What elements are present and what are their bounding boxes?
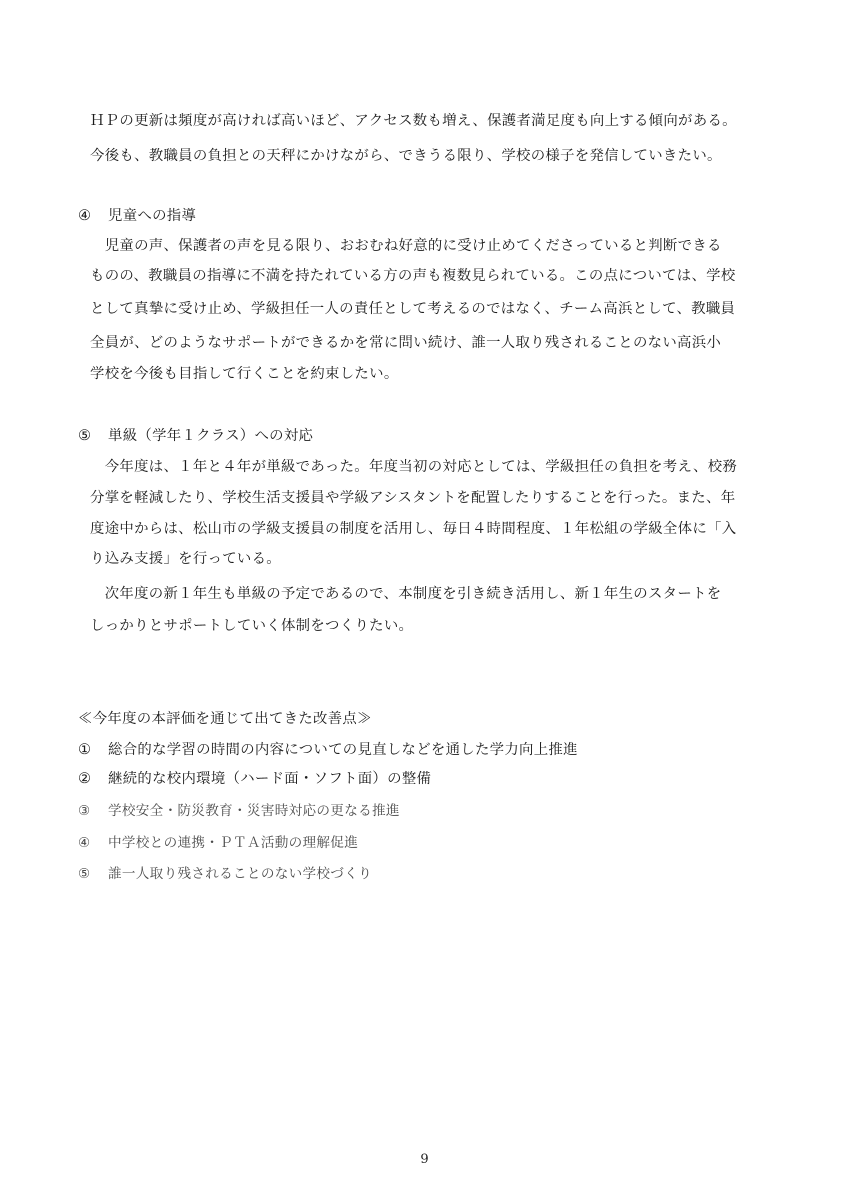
section-4-heading: ④児童への指導: [78, 206, 196, 226]
section-5-title: 単級（学年１クラス）への対応: [108, 428, 313, 444]
section-4-line-4: 全員が、どのようなサポートができるかを常に問い続け、誰一人取り残されることのない…: [90, 333, 721, 353]
section-4-title: 児童への指導: [108, 208, 196, 224]
improvement-text: 継続的な校内環境（ハード面・ソフト面）の整備: [108, 771, 431, 787]
improvement-item-1: ①総合的な学習の時間の内容についての見直しなどを通した学力向上推進: [78, 740, 578, 760]
section-4-line-1: 児童の声、保護者の声を見る限り、おおむね好意的に受け止めてくださっていると判断で…: [90, 236, 722, 256]
section-5-line-5: 次年度の新１年生も単級の予定であるので、本制度を引き続き活用し、新１年生のスター…: [90, 584, 721, 604]
section-5-line-3: 度途中からは、松山市の学級支援員の制度を活用し、毎日４時間程度、１年松組の学級全…: [90, 519, 736, 539]
intro-line-2: 今後も、教職員の負担との天秤にかけながら、できうる限り、学校の様子を発信していき…: [90, 146, 722, 166]
document-page: ＨＰの更新は頻度が高ければ高いほど、アクセス数も増え、保護者満足度も向上する傾向…: [0, 0, 849, 1200]
improvement-text: 誰一人取り残されることのない学校づくり: [108, 866, 372, 882]
improvement-text: 学校安全・防災教育・災害時対応の更なる推進: [108, 803, 400, 819]
section-5-number: ⑤: [78, 426, 108, 446]
section-4-line-3: として真摯に受け止め、学級担任一人の責任として考えるのではなく、チーム高浜として…: [90, 299, 735, 319]
improvements-heading: ≪今年度の本評価を通じて出てきた改善点≫: [78, 709, 372, 729]
section-5-line-4: り込み支援」を行っている。: [90, 549, 281, 569]
improvement-number: ④: [78, 833, 108, 853]
improvement-number: ⑤: [78, 864, 108, 884]
section-4-line-5: 学校を今後も目指して行くことを約束したい。: [90, 364, 399, 384]
improvement-number: ②: [78, 769, 108, 789]
improvement-text: 総合的な学習の時間の内容についての見直しなどを通した学力向上推進: [108, 742, 578, 758]
section-4-number: ④: [78, 206, 108, 226]
improvement-number: ①: [78, 740, 108, 760]
section-5-heading: ⑤単級（学年１クラス）への対応: [78, 426, 313, 446]
section-5-line-1: 今年度は、１年と４年が単級であった。年度当初の対応としては、学級担任の負担を考え…: [90, 457, 737, 477]
improvement-item-5: ⑤誰一人取り残されることのない学校づくり: [78, 864, 372, 884]
section-5-line-2: 分掌を軽減したり、学校生活支援員や学級アシスタントを配置したりすることを行った。…: [90, 488, 735, 508]
improvement-number: ③: [78, 801, 108, 821]
section-4-line-2: ものの、教職員の指導に不満を持たれている方の声も複数見られている。この点について…: [90, 266, 736, 286]
improvement-item-4: ④中学校との連携・ＰＴＡ活動の理解促進: [78, 833, 358, 853]
intro-line-1: ＨＰの更新は頻度が高ければ高いほど、アクセス数も増え、保護者満足度も向上する傾向…: [90, 111, 737, 131]
improvement-item-3: ③学校安全・防災教育・災害時対応の更なる推進: [78, 801, 400, 821]
improvement-text: 中学校との連携・ＰＴＡ活動の理解促進: [108, 835, 358, 851]
improvement-item-2: ②継続的な校内環境（ハード面・ソフト面）の整備: [78, 769, 431, 789]
page-number: 9: [0, 1152, 849, 1167]
section-5-line-6: しっかりとサポートしていく体制をつくりたい。: [90, 616, 413, 636]
